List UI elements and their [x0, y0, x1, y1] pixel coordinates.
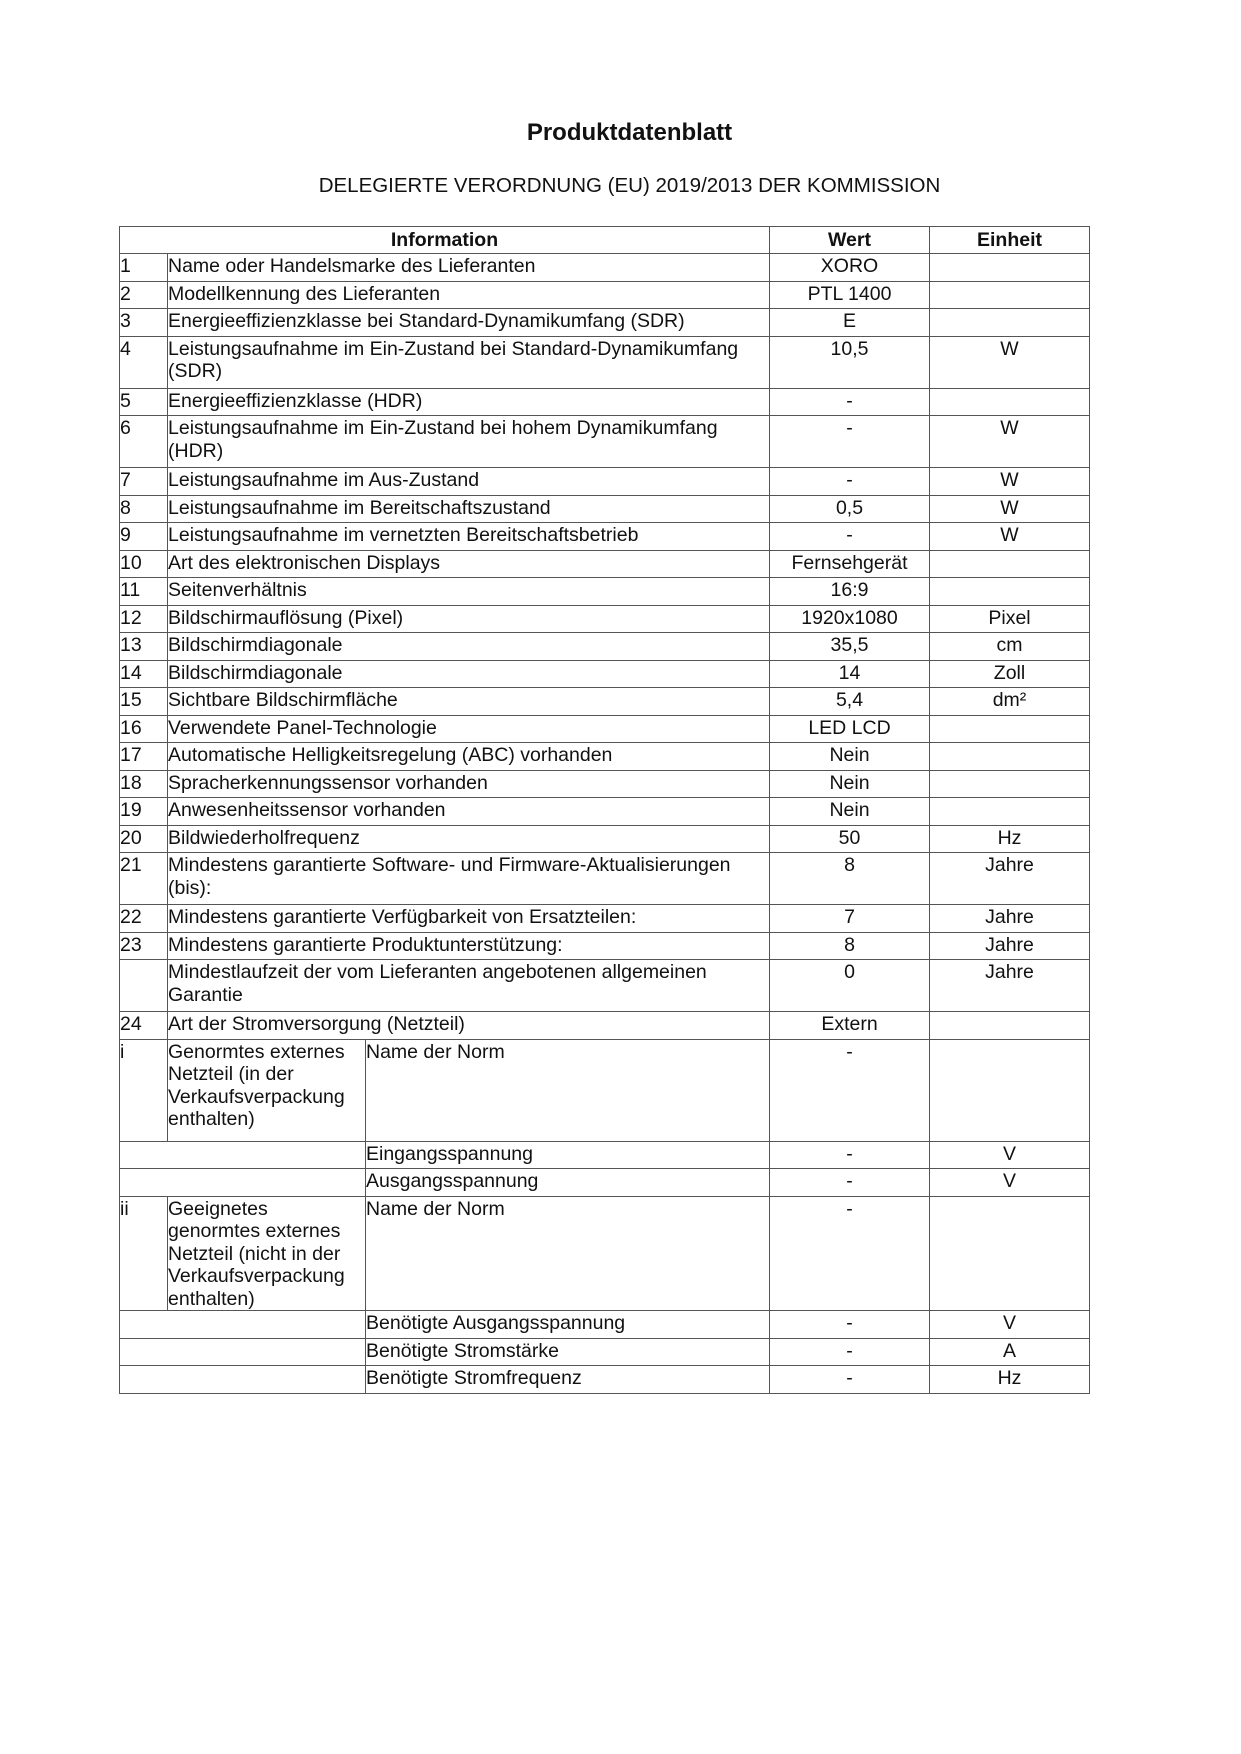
row-information: Bildschirmauflösung (Pixel) [168, 605, 770, 633]
row-value: 0 [770, 960, 930, 1012]
row-unit [930, 281, 1090, 309]
row-number: 17 [120, 743, 168, 771]
row-number: 3 [120, 309, 168, 337]
row-number: 22 [120, 905, 168, 933]
psu-group-number: i [120, 1039, 168, 1141]
row-information: Art des elektronischen Displays [168, 550, 770, 578]
row-information: Bildschirmdiagonale [168, 660, 770, 688]
power-supply-row: Benötigte Ausgangsspannung-V [120, 1311, 1090, 1339]
header-value: Wert [770, 227, 930, 254]
row-value: 35,5 [770, 633, 930, 661]
psu-sub-label: Name der Norm [366, 1039, 770, 1141]
row-value: 1920x1080 [770, 605, 930, 633]
row-information: Automatische Helligkeitsregelung (ABC) v… [168, 743, 770, 771]
row-number: 7 [120, 468, 168, 496]
psu-sub-unit: V [930, 1311, 1090, 1339]
table-row: 11Seitenverhältnis16:9 [120, 578, 1090, 606]
row-value: - [770, 416, 930, 468]
row-unit [930, 770, 1090, 798]
power-supply-row: Ausgangsspannung-V [120, 1169, 1090, 1197]
row-information: Leistungsaufnahme im Ein-Zustand bei hoh… [168, 416, 770, 468]
row-unit [930, 743, 1090, 771]
row-value: XORO [770, 254, 930, 282]
row-information: Leistungsaufnahme im Ein-Zustand bei Sta… [168, 336, 770, 388]
psu-sub-label: Eingangsspannung [366, 1141, 770, 1169]
row-value: Fernsehgerät [770, 550, 930, 578]
row-information: Modellkennung des Lieferanten [168, 281, 770, 309]
row-number: 10 [120, 550, 168, 578]
row-value: 5,4 [770, 688, 930, 716]
row-number: 8 [120, 495, 168, 523]
row-number: 11 [120, 578, 168, 606]
row-unit: Jahre [930, 905, 1090, 933]
row-number: 20 [120, 825, 168, 853]
header-unit: Einheit [930, 227, 1090, 254]
row-value: 10,5 [770, 336, 930, 388]
row-unit: Jahre [930, 853, 1090, 905]
row-number: 24 [120, 1012, 168, 1040]
row-information: Mindestlaufzeit der vom Lieferanten ange… [168, 960, 770, 1012]
row-value: - [770, 388, 930, 416]
row-unit: dm² [930, 688, 1090, 716]
empty-cell [120, 1311, 366, 1339]
row-number: 19 [120, 798, 168, 826]
table-row: 15Sichtbare Bildschirmfläche5,4dm² [120, 688, 1090, 716]
table-row: 16Verwendete Panel-TechnologieLED LCD [120, 715, 1090, 743]
table-row: 1Name oder Handelsmarke des LieferantenX… [120, 254, 1090, 282]
table-row: 12Bildschirmauflösung (Pixel)1920x1080Pi… [120, 605, 1090, 633]
power-supply-row: Benötigte Stromstärke-A [120, 1338, 1090, 1366]
table-row: 24Art der Stromversorgung (Netzteil)Exte… [120, 1012, 1090, 1040]
row-value: 7 [770, 905, 930, 933]
row-unit: Hz [930, 825, 1090, 853]
row-value: Nein [770, 798, 930, 826]
row-unit: Zoll [930, 660, 1090, 688]
row-information: Spracherkennungssensor vorhanden [168, 770, 770, 798]
row-information: Energieeffizienzklasse bei Standard-Dyna… [168, 309, 770, 337]
row-information: Sichtbare Bildschirmfläche [168, 688, 770, 716]
empty-cell [120, 1338, 366, 1366]
psu-sub-unit: V [930, 1169, 1090, 1197]
table-row: 8Leistungsaufnahme im Bereitschaftszusta… [120, 495, 1090, 523]
psu-sub-unit: A [930, 1338, 1090, 1366]
psu-sub-label: Name der Norm [366, 1196, 770, 1311]
table-row: 7Leistungsaufnahme im Aus-Zustand-W [120, 468, 1090, 496]
table-row: 21Mindestens garantierte Software- und F… [120, 853, 1090, 905]
row-number: 23 [120, 932, 168, 960]
psu-sub-value: - [770, 1196, 930, 1311]
row-value: Nein [770, 743, 930, 771]
empty-cell [120, 1366, 366, 1394]
table-row: 9Leistungsaufnahme im vernetzten Bereits… [120, 523, 1090, 551]
row-unit: W [930, 336, 1090, 388]
table-row: 18Spracherkennungssensor vorhandenNein [120, 770, 1090, 798]
empty-cell [120, 1141, 366, 1169]
row-information: Mindestens garantierte Verfügbarkeit von… [168, 905, 770, 933]
row-unit: W [930, 416, 1090, 468]
table-row: 20Bildwiederholfrequenz50Hz [120, 825, 1090, 853]
psu-sub-unit: Hz [930, 1366, 1090, 1394]
row-number: 9 [120, 523, 168, 551]
row-number: 4 [120, 336, 168, 388]
psu-sub-value: - [770, 1366, 930, 1394]
row-unit: W [930, 468, 1090, 496]
row-unit [930, 254, 1090, 282]
row-unit: Jahre [930, 932, 1090, 960]
table-row: 10Art des elektronischen DisplaysFernseh… [120, 550, 1090, 578]
psu-sub-unit [930, 1196, 1090, 1311]
table-row: 22Mindestens garantierte Verfügbarkeit v… [120, 905, 1090, 933]
row-number: 5 [120, 388, 168, 416]
row-unit: W [930, 523, 1090, 551]
row-value: - [770, 468, 930, 496]
psu-sub-label: Benötigte Stromstärke [366, 1338, 770, 1366]
table-row: 19Anwesenheitssensor vorhandenNein [120, 798, 1090, 826]
row-information: Anwesenheitssensor vorhanden [168, 798, 770, 826]
table-row: 2Modellkennung des LieferantenPTL 1400 [120, 281, 1090, 309]
row-unit: Jahre [930, 960, 1090, 1012]
row-unit: Pixel [930, 605, 1090, 633]
psu-sub-label: Ausgangsspannung [366, 1169, 770, 1197]
row-number: 1 [120, 254, 168, 282]
psu-group-number: ii [120, 1196, 168, 1311]
row-number: 18 [120, 770, 168, 798]
row-unit [930, 578, 1090, 606]
regulation-subtitle: DELEGIERTE VERORDNUNG (EU) 2019/2013 DER… [0, 173, 1241, 199]
table-row: 17Automatische Helligkeitsregelung (ABC)… [120, 743, 1090, 771]
row-number [120, 960, 168, 1012]
empty-cell [120, 1169, 366, 1197]
row-information: Bildschirmdiagonale [168, 633, 770, 661]
psu-group-label: Genormtes externes Netzteil (in der Verk… [168, 1039, 366, 1141]
psu-sub-label: Benötigte Ausgangsspannung [366, 1311, 770, 1339]
row-number: 21 [120, 853, 168, 905]
row-value: 50 [770, 825, 930, 853]
row-value: Nein [770, 770, 930, 798]
table-row: 23Mindestens garantierte Produktunterstü… [120, 932, 1090, 960]
row-value: 0,5 [770, 495, 930, 523]
row-value: - [770, 523, 930, 551]
table-row: 6Leistungsaufnahme im Ein-Zustand bei ho… [120, 416, 1090, 468]
row-information: Bildwiederholfrequenz [168, 825, 770, 853]
row-number: 15 [120, 688, 168, 716]
row-value: E [770, 309, 930, 337]
page-title: Produktdatenblatt [0, 119, 1241, 147]
row-value: 14 [770, 660, 930, 688]
psu-sub-unit: V [930, 1141, 1090, 1169]
row-information: Leistungsaufnahme im vernetzten Bereitsc… [168, 523, 770, 551]
row-number: 14 [120, 660, 168, 688]
psu-sub-unit [930, 1039, 1090, 1141]
row-number: 13 [120, 633, 168, 661]
row-number: 2 [120, 281, 168, 309]
row-value: LED LCD [770, 715, 930, 743]
table-row: 13Bildschirmdiagonale35,5cm [120, 633, 1090, 661]
row-number: 6 [120, 416, 168, 468]
row-information: Seitenverhältnis [168, 578, 770, 606]
psu-sub-value: - [770, 1338, 930, 1366]
power-supply-row: iiGeeignetes genormtes externes Netzteil… [120, 1196, 1090, 1311]
table-row: 5Energieeffizienzklasse (HDR)- [120, 388, 1090, 416]
table-header-row: Information Wert Einheit [120, 227, 1090, 254]
power-supply-row: iGenormtes externes Netzteil (in der Ver… [120, 1039, 1090, 1141]
row-value: Extern [770, 1012, 930, 1040]
row-unit [930, 550, 1090, 578]
row-unit [930, 798, 1090, 826]
row-information: Energieeffizienzklasse (HDR) [168, 388, 770, 416]
row-number: 16 [120, 715, 168, 743]
row-number: 12 [120, 605, 168, 633]
power-supply-row: Eingangsspannung-V [120, 1141, 1090, 1169]
psu-sub-value: - [770, 1141, 930, 1169]
table-row: Mindestlaufzeit der vom Lieferanten ange… [120, 960, 1090, 1012]
row-information: Art der Stromversorgung (Netzteil) [168, 1012, 770, 1040]
row-information: Leistungsaufnahme im Bereitschaftszustan… [168, 495, 770, 523]
product-data-table: Information Wert Einheit 1Name oder Hand… [119, 226, 1090, 1394]
row-value: PTL 1400 [770, 281, 930, 309]
row-information: Name oder Handelsmarke des Lieferanten [168, 254, 770, 282]
table-row: 4Leistungsaufnahme im Ein-Zustand bei St… [120, 336, 1090, 388]
row-information: Verwendete Panel-Technologie [168, 715, 770, 743]
psu-sub-label: Benötigte Stromfrequenz [366, 1366, 770, 1394]
row-value: 8 [770, 932, 930, 960]
psu-sub-value: - [770, 1169, 930, 1197]
row-information: Mindestens garantierte Produktunterstütz… [168, 932, 770, 960]
row-unit [930, 1012, 1090, 1040]
row-value: 16:9 [770, 578, 930, 606]
psu-sub-value: - [770, 1311, 930, 1339]
row-value: 8 [770, 853, 930, 905]
row-unit [930, 309, 1090, 337]
row-unit [930, 715, 1090, 743]
row-unit: W [930, 495, 1090, 523]
row-unit [930, 388, 1090, 416]
header-information: Information [120, 227, 770, 254]
row-information: Mindestens garantierte Software- und Fir… [168, 853, 770, 905]
row-unit: cm [930, 633, 1090, 661]
row-information: Leistungsaufnahme im Aus-Zustand [168, 468, 770, 496]
table-row: 3Energieeffizienzklasse bei Standard-Dyn… [120, 309, 1090, 337]
psu-group-label: Geeignetes genormtes externes Netzteil (… [168, 1196, 366, 1311]
table-row: 14Bildschirmdiagonale14Zoll [120, 660, 1090, 688]
psu-sub-value: - [770, 1039, 930, 1141]
power-supply-row: Benötigte Stromfrequenz-Hz [120, 1366, 1090, 1394]
